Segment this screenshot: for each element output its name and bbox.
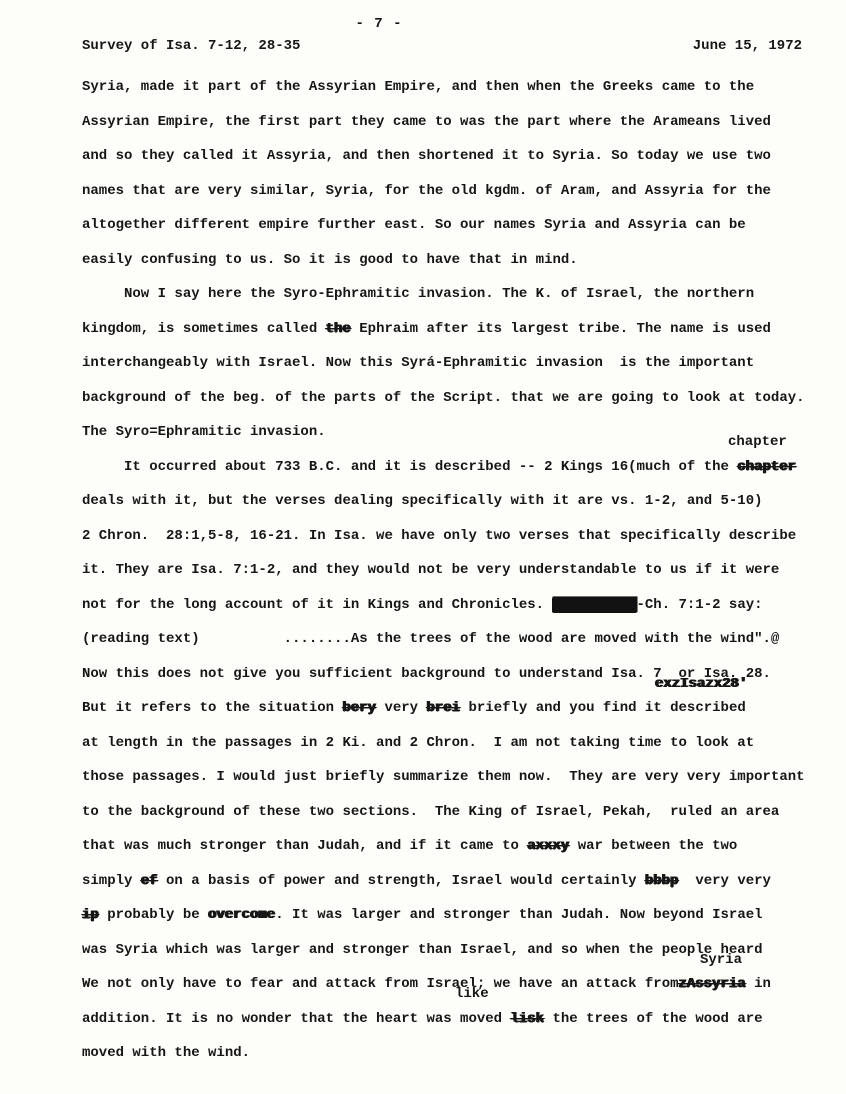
text-segment: Now I say here the Syro-Ephramitic invas… bbox=[82, 286, 754, 302]
text-segment: 2 Chron. 28:1,5-8, 16-21. In Isa. we hav… bbox=[82, 528, 796, 544]
text-segment: names that are very similar, Syria, for … bbox=[82, 183, 771, 199]
text-segment: briefly and you find it described bbox=[460, 700, 746, 716]
text-segment: kingdom, is sometimes called bbox=[82, 321, 326, 337]
text-segment: and so they called it Assyria, and then … bbox=[82, 148, 771, 164]
text-segment: The Syro=Ephramitic invasion. bbox=[82, 424, 326, 440]
text-segment: addition. It is no wonder that the heart… bbox=[82, 1011, 510, 1027]
text-segment: at length in the passages in 2 Ki. and 2… bbox=[82, 735, 754, 751]
text-line: to the background of these two sections.… bbox=[82, 795, 840, 830]
blacked-out-text: ██████████ bbox=[552, 597, 636, 613]
text-segment: -Ch. 7:1-2 say: bbox=[637, 597, 763, 613]
text-line: (reading text) ........As the trees of t… bbox=[82, 622, 840, 657]
text-segment: simply bbox=[82, 873, 141, 889]
interlinear-insertion: like bbox=[455, 988, 489, 1001]
typewritten-page: - 7 - Survey of Isa. 7-12, 28-35 June 15… bbox=[0, 0, 846, 1094]
text-segment: Ephraim after its largest tribe. The nam… bbox=[351, 321, 771, 337]
document-title: Survey of Isa. 7-12, 28-35 bbox=[82, 38, 300, 54]
text-line: ip probably be overcome. It was larger a… bbox=[82, 898, 840, 933]
text-line: interchangeably with Israel. Now this Sy… bbox=[82, 346, 840, 381]
text-segment: was Syria which was larger and stronger … bbox=[82, 942, 763, 958]
text-segment: altogether different empire further east… bbox=[82, 217, 746, 233]
overstruck-text: brei bbox=[426, 700, 460, 716]
overstruck-text: bery bbox=[342, 700, 376, 716]
text-line: and so they called it Assyria, and then … bbox=[82, 139, 840, 174]
overstruck-text: lisk bbox=[510, 1011, 544, 1027]
text-line: Now I say here the Syro-Ephramitic invas… bbox=[82, 277, 840, 312]
text-segment: war between the two bbox=[569, 838, 737, 854]
text-line: likeaddition. It is no wonder that the h… bbox=[82, 1002, 840, 1037]
text-segment: Assyrian Empire, the first part they cam… bbox=[82, 114, 771, 130]
text-segment: deals with it, but the verses dealing sp… bbox=[82, 493, 763, 509]
text-segment: (reading text) ........As the trees of t… bbox=[82, 631, 779, 647]
text-segment: very very bbox=[679, 873, 771, 889]
text-segment: We not only have to fear and attack from… bbox=[82, 976, 679, 992]
text-segment: very bbox=[376, 700, 426, 716]
text-segment: not for the long account of it in Kings … bbox=[82, 597, 552, 613]
text-line: simply ef on a basis of power and streng… bbox=[82, 864, 840, 899]
overstruck-text: ef bbox=[141, 873, 158, 889]
text-line: at length in the passages in 2 Ki. and 2… bbox=[82, 726, 840, 761]
text-segment: that was much stronger than Judah, and i… bbox=[82, 838, 527, 854]
text-line: it. They are Isa. 7:1-2, and they would … bbox=[82, 553, 840, 588]
text-line: easily confusing to us. So it is good to… bbox=[82, 243, 840, 278]
text-line: 2 Chron. 28:1,5-8, 16-21. In Isa. we hav… bbox=[82, 519, 840, 554]
interlinear-insertion: chapter bbox=[728, 436, 787, 449]
text-segment: background of the beg. of the parts of t… bbox=[82, 390, 805, 406]
overstruck-text: bbbp bbox=[645, 873, 679, 889]
overtyped-text: overcome bbox=[208, 907, 275, 923]
document-date: June 15, 1972 bbox=[693, 38, 802, 54]
interlinear-insertion: exzIsazx28' bbox=[655, 678, 747, 691]
text-line: The Syro=Ephramitic invasion. bbox=[82, 415, 840, 450]
interlinear-insertion: Syria bbox=[700, 954, 742, 967]
text-segment: it. They are Isa. 7:1-2, and they would … bbox=[82, 562, 779, 578]
text-segment: in bbox=[746, 976, 771, 992]
text-segment: those passages. I would just briefly sum… bbox=[82, 769, 805, 785]
text-segment: probably be bbox=[99, 907, 208, 923]
text-line: exzIsazx28'But it refers to the situatio… bbox=[82, 691, 840, 726]
text-segment: moved with the wind. bbox=[82, 1045, 250, 1061]
overstruck-text: ip bbox=[82, 907, 99, 923]
text-line: Syria, made it part of the Assyrian Empi… bbox=[82, 70, 840, 105]
overstruck-text: zAssyria bbox=[679, 976, 746, 992]
text-line: moved with the wind. bbox=[82, 1036, 840, 1071]
text-line: background of the beg. of the parts of t… bbox=[82, 381, 840, 416]
overstruck-text: axxxy bbox=[527, 838, 569, 854]
text-line: that was much stronger than Judah, and i… bbox=[82, 829, 840, 864]
text-segment: Syria, made it part of the Assyrian Empi… bbox=[82, 79, 754, 95]
page-header: Survey of Isa. 7-12, 28-35 June 15, 1972 bbox=[82, 38, 802, 54]
text-line: not for the long account of it in Kings … bbox=[82, 588, 840, 623]
text-line: names that are very similar, Syria, for … bbox=[82, 174, 840, 209]
overstruck-text: the bbox=[326, 321, 351, 337]
text-line: deals with it, but the verses dealing sp… bbox=[82, 484, 840, 519]
text-segment: the trees of the wood are bbox=[544, 1011, 762, 1027]
text-segment: . It was larger and stronger than Judah.… bbox=[275, 907, 762, 923]
text-line: altogether different empire further east… bbox=[82, 208, 840, 243]
document-body: Syria, made it part of the Assyrian Empi… bbox=[82, 70, 840, 1071]
text-segment: to the background of these two sections.… bbox=[82, 804, 779, 820]
text-segment: But it refers to the situation bbox=[82, 700, 342, 716]
text-segment: on a basis of power and strength, Israel… bbox=[158, 873, 645, 889]
text-line: kingdom, is sometimes called the Ephraim… bbox=[82, 312, 840, 347]
text-line: chapter It occurred about 733 B.C. and i… bbox=[82, 450, 840, 485]
text-segment: easily confusing to us. So it is good to… bbox=[82, 252, 578, 268]
text-line: those passages. I would just briefly sum… bbox=[82, 760, 840, 795]
text-segment: interchangeably with Israel. Now this Sy… bbox=[82, 355, 754, 371]
overstruck-text: chapter bbox=[737, 459, 796, 475]
text-segment: It occurred about 733 B.C. and it is des… bbox=[82, 459, 737, 475]
text-line: Assyrian Empire, the first part they cam… bbox=[82, 105, 840, 140]
page-number: - 7 - bbox=[0, 16, 846, 32]
